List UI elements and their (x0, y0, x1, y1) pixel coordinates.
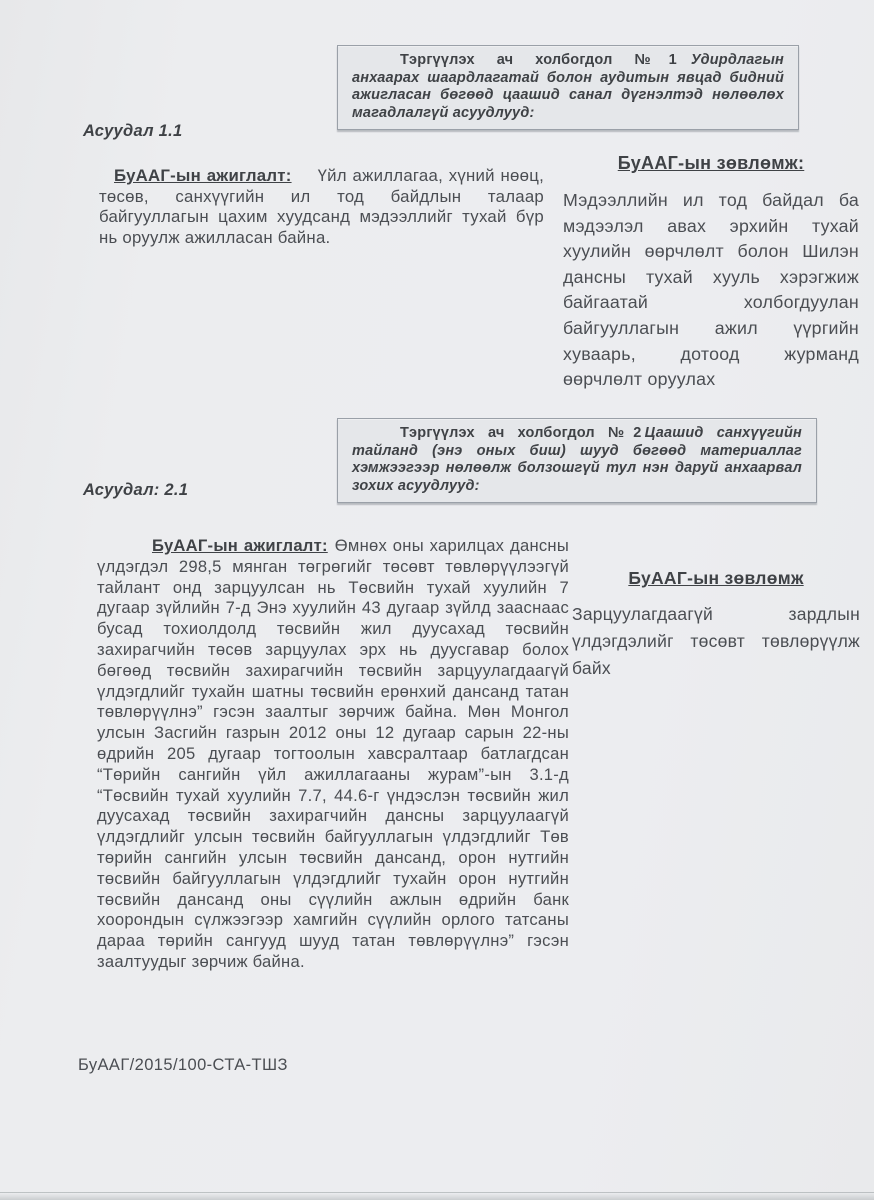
issue-2-recommendation-text: Зарцуулагдаагүй зардлын үлдэгдэлийг төсө… (572, 601, 860, 682)
issue-2-observation-label: БуААГ-ын ажиглалт: (152, 536, 328, 555)
issue-1-recommendation: БуААГ-ын зөвлөмж: Мэдээллийн ил тод байд… (563, 153, 859, 393)
issue-2-recommendation-heading: БуААГ-ын зөвлөмж (572, 568, 860, 589)
issue-1-heading: Асуудал 1.1 (83, 122, 182, 141)
issue-1-observation-label: БуААГ-ын ажиглалт: (114, 166, 292, 185)
issue-1-observation-paragraph: БуААГ-ын ажиглалт:Үйл ажиллагаа, хүний н… (99, 166, 544, 248)
priority-note-2-text: Тэргүүлэх ач холбогдол №2Цаашид санхүүги… (352, 425, 802, 495)
issue-2-observation-text: Өмнөх оны харилцах дансны үлдэгдэл 298,5… (97, 536, 569, 971)
priority-note-2: Тэргүүлэх ач холбогдол №2Цаашид санхүүги… (337, 418, 817, 503)
issue-1-recommendation-heading: БуААГ-ын зөвлөмж: (563, 153, 859, 174)
priority-note-1-lead: Тэргүүлэх ач холбогдол №1 (400, 52, 677, 68)
issue-1-observation: БуААГ-ын ажиглалт:Үйл ажиллагаа, хүний н… (99, 166, 544, 248)
priority-note-2-lead: Тэргүүлэх ач холбогдол №2 (400, 425, 642, 441)
footer-reference: БуААГ/2015/100-СТА-ТШЗ (78, 1056, 288, 1075)
issue-2-heading: Асуудал: 2.1 (83, 481, 188, 500)
priority-note-1: Тэргүүлэх ач холбогдол №1Удирдлагын анха… (337, 45, 799, 130)
issue-2-observation-paragraph: БуААГ-ын ажиглалт:Өмнөх оны харилцах дан… (97, 536, 569, 973)
paper-page: Тэргүүлэх ач холбогдол №1Удирдлагын анха… (0, 0, 874, 1200)
issue-1-recommendation-text: Мэдээллийн ил тод байдал ба мэдээлэл ава… (563, 188, 859, 393)
priority-note-1-text: Тэргүүлэх ач холбогдол №1Удирдлагын анха… (352, 52, 784, 122)
issue-2-recommendation: БуААГ-ын зөвлөмж Зарцуулагдаагүй зардлын… (572, 568, 860, 682)
issue-2-observation: БуААГ-ын ажиглалт:Өмнөх оны харилцах дан… (97, 536, 569, 973)
